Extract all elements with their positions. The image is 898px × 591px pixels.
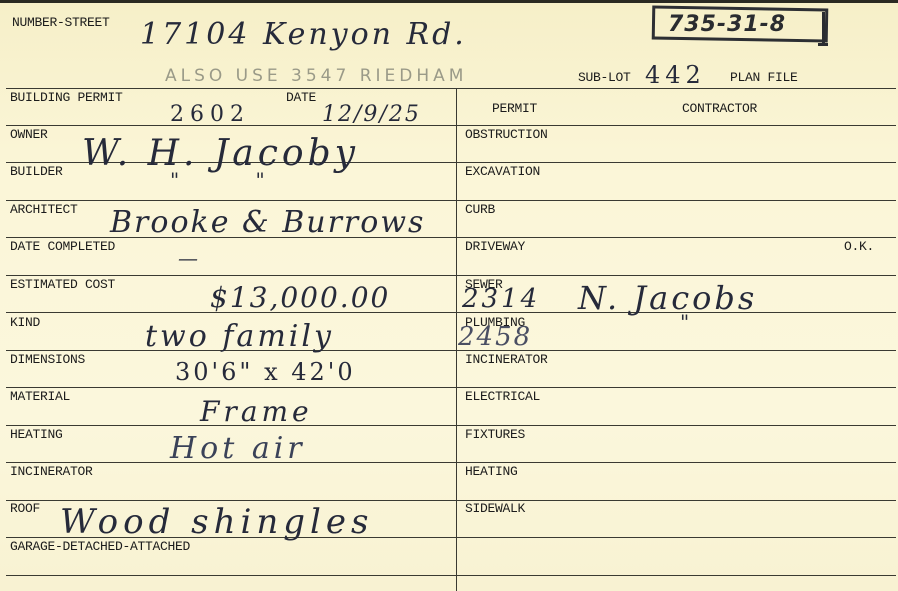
building-permit-label: BUILDING PERMIT bbox=[10, 91, 123, 104]
architect-label: ARCHITECT bbox=[10, 203, 78, 216]
permit-row-obstruction: OBSTRUCTION bbox=[465, 128, 548, 141]
rule bbox=[6, 425, 896, 426]
permit-header: PERMIT bbox=[492, 102, 537, 115]
garage-label: GARAGE-DETACHED-ATTACHED bbox=[10, 540, 190, 553]
rule bbox=[6, 312, 896, 313]
material-label: MATERIAL bbox=[10, 390, 70, 403]
also-use-stamp: ALSO USE 3547 RIEDHAM bbox=[165, 68, 467, 85]
number-street-value: 17104 Kenyon Rd. bbox=[140, 20, 467, 50]
kind-value: two family bbox=[145, 322, 334, 352]
roof-value: Wood shingles bbox=[60, 505, 373, 539]
plumbing-permit-number: 2458 bbox=[458, 324, 532, 350]
sewer-permit-number: 2314 bbox=[462, 286, 540, 312]
dimensions-value: 30'6" x 42'0 bbox=[175, 360, 356, 384]
rule bbox=[6, 462, 896, 463]
heating-value: Hot air bbox=[170, 434, 306, 464]
sewer-contractor: N. Jacobs bbox=[578, 282, 757, 314]
rule bbox=[6, 500, 896, 501]
card-top-edge bbox=[0, 0, 898, 3]
building-permit-value: 2602 bbox=[170, 104, 250, 126]
owner-label: OWNER bbox=[10, 128, 48, 141]
estimated-cost-label: ESTIMATED COST bbox=[10, 278, 115, 291]
sub-lot-label: SUB-LOT bbox=[578, 71, 631, 84]
rule-header bbox=[6, 88, 896, 89]
plan-file-label: PLAN FILE bbox=[730, 71, 798, 84]
date-completed-value: — bbox=[178, 248, 206, 268]
material-value: Frame bbox=[200, 398, 313, 426]
roof-label: ROOF bbox=[10, 502, 40, 515]
rule bbox=[6, 387, 896, 388]
date-completed-label: DATE COMPLETED bbox=[10, 240, 115, 253]
permit-row-electrical: ELECTRICAL bbox=[465, 390, 540, 403]
heating-label: HEATING bbox=[10, 428, 63, 441]
date-value: 12/9/25 bbox=[322, 104, 421, 126]
rule bbox=[6, 575, 896, 576]
permit-row-incinerator: INCINERATOR bbox=[465, 353, 548, 366]
contractor-header: CONTRACTOR bbox=[682, 102, 757, 115]
rule bbox=[6, 125, 896, 126]
driveway-note: O.K. bbox=[844, 240, 874, 253]
permit-row-heating: HEATING bbox=[465, 465, 518, 478]
builder-value: " " bbox=[170, 170, 265, 190]
permit-card: NUMBER-STREET 17104 Kenyon Rd. 735-31-8 … bbox=[0, 0, 898, 591]
kind-label: KIND bbox=[10, 316, 40, 329]
stamp-bracket-foot bbox=[818, 43, 828, 46]
plumbing-contractor: " bbox=[680, 312, 689, 332]
stamp-bracket bbox=[822, 12, 825, 46]
incinerator-label: INCINERATOR bbox=[10, 465, 93, 478]
permit-row-sidewalk: SIDEWALK bbox=[465, 502, 525, 515]
card-number-stamp-text: 735-31-8 bbox=[668, 12, 786, 37]
permit-row-fixtures: FIXTURES bbox=[465, 428, 525, 441]
dimensions-label: DIMENSIONS bbox=[10, 353, 85, 366]
owner-value: W. H. Jacoby bbox=[82, 136, 359, 172]
estimated-cost-value: $13,000.00 bbox=[210, 284, 390, 312]
architect-value: Brooke & Burrows bbox=[110, 208, 425, 238]
column-divider bbox=[456, 88, 457, 591]
date-label: DATE bbox=[286, 91, 316, 104]
sub-lot-value: 442 bbox=[645, 63, 706, 87]
permit-row-excavation: EXCAVATION bbox=[465, 165, 540, 178]
rule bbox=[6, 350, 896, 351]
builder-label: BUILDER bbox=[10, 165, 63, 178]
rule bbox=[6, 200, 896, 201]
number-street-label: NUMBER-STREET bbox=[12, 16, 110, 29]
permit-row-curb: CURB bbox=[465, 203, 495, 216]
rule bbox=[6, 275, 896, 276]
permit-row-driveway: DRIVEWAY bbox=[465, 240, 525, 253]
